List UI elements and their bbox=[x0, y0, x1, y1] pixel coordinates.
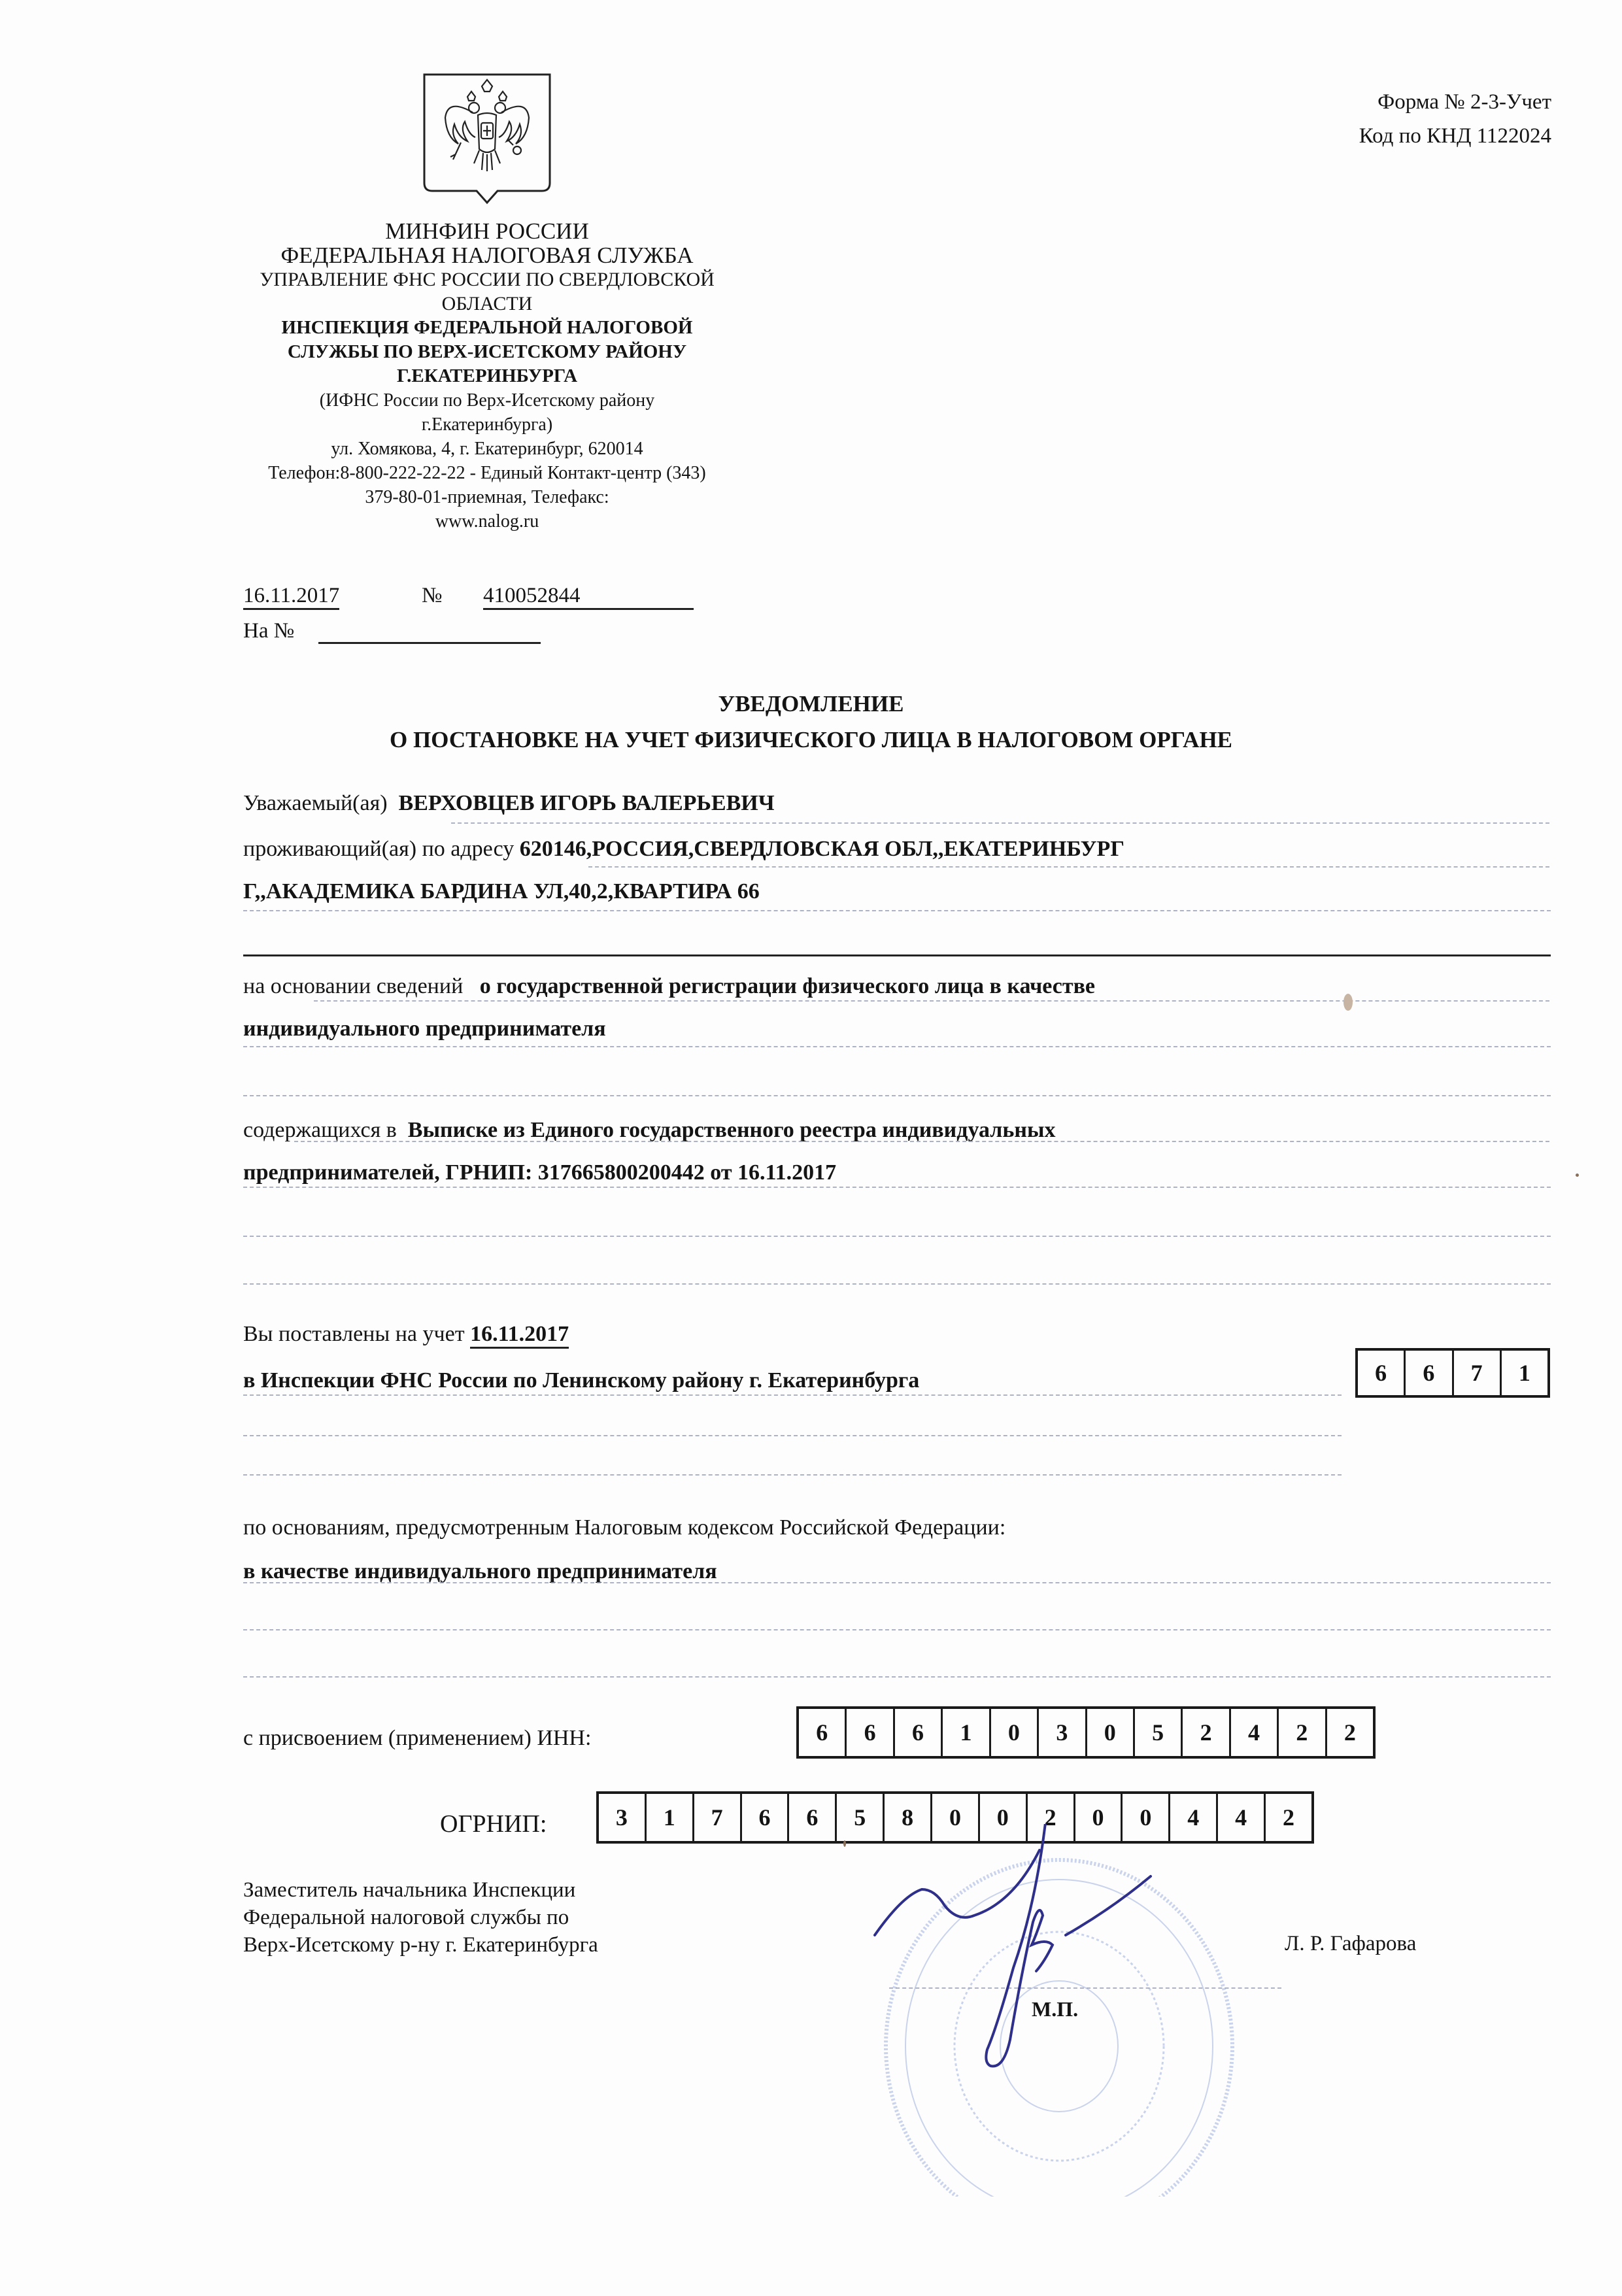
inn-digit: 6 bbox=[847, 1709, 894, 1756]
source-value-line-2: предпринимателей, ГРНИП: 317665800200442… bbox=[243, 1160, 836, 1185]
website: www.nalog.ru bbox=[216, 509, 758, 533]
ogrnip-digit: 6 bbox=[789, 1794, 837, 1841]
inn-row: с присвоением (применением) ИНН: bbox=[243, 1726, 591, 1751]
number-sign: № bbox=[422, 584, 443, 608]
scan-artifact bbox=[843, 1840, 846, 1847]
inn-digit: 0 bbox=[991, 1709, 1039, 1756]
basis-value-line-2: индивидуального предпринимателя bbox=[243, 1017, 606, 1041]
ministry-name: МИНФИН РОССИИ bbox=[216, 219, 758, 243]
inn-digit: 6 bbox=[895, 1709, 943, 1756]
source-label: содержащихся в bbox=[243, 1118, 397, 1142]
inspection-code-digit: 6 bbox=[1406, 1351, 1453, 1395]
inn-digit: 4 bbox=[1231, 1709, 1279, 1756]
on-number-label: На № bbox=[243, 619, 294, 643]
registration-date: 16.11.2017 bbox=[470, 1322, 569, 1349]
divider bbox=[451, 822, 1549, 824]
scan-artifact bbox=[1576, 1173, 1579, 1177]
signatory-position-line-2: Федеральной налоговой службы по bbox=[243, 1904, 598, 1931]
grounds-value-row: в качестве индивидуального предпринимате… bbox=[243, 1559, 717, 1584]
divider bbox=[314, 1000, 1549, 1002]
divider bbox=[243, 1236, 1551, 1237]
phone-line-2: 379-80-01-приемная, Телефакс: bbox=[216, 485, 758, 509]
seal-label: М.П. bbox=[1032, 1997, 1078, 2021]
ogrnip-row: ОГРНИП: bbox=[440, 1810, 547, 1838]
inspection-code-digit: 6 bbox=[1358, 1351, 1406, 1395]
service-name: ФЕДЕРАЛЬНАЯ НАЛОГОВАЯ СЛУЖБА bbox=[216, 243, 758, 267]
registering-inspection: в Инспекции ФНС России по Ленинскому рай… bbox=[243, 1368, 919, 1393]
basis-row-2: индивидуального предпринимателя bbox=[243, 1017, 606, 1041]
inn-cells: 6 6 6 1 0 3 0 5 2 4 2 2 bbox=[796, 1706, 1376, 1759]
coat-of-arms-icon bbox=[422, 72, 552, 212]
signatory-position: Заместитель начальника Инспекции Федерал… bbox=[243, 1876, 598, 1959]
phone-line-1: Телефон:8-800-222-22-22 - Единый Контакт… bbox=[216, 461, 758, 485]
grounds-row: по основаниям, предусмотренным Налоговым… bbox=[243, 1515, 1005, 1540]
inspection-code-digit: 1 bbox=[1502, 1351, 1547, 1395]
scan-artifact bbox=[1343, 994, 1353, 1011]
signature-icon bbox=[850, 1824, 1242, 2118]
document-title: УВЕДОМЛЕНИЕ bbox=[0, 691, 1622, 717]
address-row-2: Г,,АКАДЕМИКА БАРДИНА УЛ,40,2,КВАРТИРА 66 bbox=[243, 879, 760, 904]
inn-digit: 2 bbox=[1327, 1709, 1373, 1756]
inn-digit: 1 bbox=[943, 1709, 990, 1756]
divider bbox=[294, 1141, 1549, 1142]
address-row: проживающий(ая) по адресу 620146,РОССИЯ,… bbox=[243, 837, 1124, 862]
salutation-label: Уважаемый(ая) bbox=[243, 791, 388, 815]
divider bbox=[243, 1435, 1342, 1436]
divider bbox=[243, 1676, 1551, 1678]
agency-address: ул. Хомякова, 4, г. Екатеринбург, 620014 bbox=[216, 437, 758, 461]
inn-label: с присвоением (применением) ИНН: bbox=[243, 1726, 591, 1750]
inspection-code-cells: 6 6 7 1 bbox=[1355, 1348, 1550, 1398]
ogrnip-digit: 7 bbox=[694, 1794, 742, 1841]
inspection-row: в Инспекции ФНС России по Ленинскому рай… bbox=[243, 1368, 919, 1393]
short-name-line-1: (ИФНС России по Верх-Исетскому району bbox=[216, 388, 758, 413]
source-row-2: предпринимателей, ГРНИП: 317665800200442… bbox=[243, 1160, 836, 1185]
form-code-block: Форма № 2-3-Учет Код по КНД 1122024 bbox=[1359, 85, 1551, 153]
divider bbox=[588, 866, 1549, 868]
document-number: 410052844 bbox=[483, 584, 694, 610]
inn-digit: 0 bbox=[1087, 1709, 1135, 1756]
inspection-code-digit: 7 bbox=[1454, 1351, 1502, 1395]
department-line-2: ОБЛАСТИ bbox=[216, 292, 758, 316]
registration-label: Вы поставлены на учет bbox=[243, 1322, 465, 1346]
signatory-position-line-1: Заместитель начальника Инспекции bbox=[243, 1876, 598, 1904]
divider bbox=[243, 1582, 1551, 1583]
grounds-value: в качестве индивидуального предпринимате… bbox=[243, 1559, 717, 1583]
document-subtitle: О ПОСТАНОВКЕ НА УЧЕТ ФИЗИЧЕСКОГО ЛИЦА В … bbox=[196, 727, 1426, 753]
basis-row: на основании сведений о государственной … bbox=[243, 974, 1095, 999]
recipient-name: ВЕРХОВЦЕВ ИГОРЬ ВАЛЕРЬЕВИЧ bbox=[399, 791, 775, 815]
knd-code: Код по КНД 1122024 bbox=[1359, 119, 1551, 153]
inn-digit: 2 bbox=[1183, 1709, 1230, 1756]
divider bbox=[243, 1046, 1551, 1047]
ogrnip-digit: 3 bbox=[599, 1794, 647, 1841]
on-number-field bbox=[318, 642, 541, 644]
address-label: проживающий(ая) по адресу bbox=[243, 837, 514, 861]
form-number: Форма № 2-3-Учет bbox=[1359, 85, 1551, 119]
divider bbox=[243, 1095, 1551, 1096]
short-name-line-2: г.Екатеринбурга) bbox=[216, 413, 758, 437]
basis-label: на основании сведений bbox=[243, 974, 463, 998]
signatory-name: Л. Р. Гафарова bbox=[1285, 1932, 1416, 1956]
ogrnip-digit: 6 bbox=[742, 1794, 790, 1841]
divider bbox=[243, 1283, 1551, 1285]
source-row: содержащихся в Выписке из Единого госуда… bbox=[243, 1118, 1056, 1143]
ogrnip-label: ОГРНИП: bbox=[440, 1810, 547, 1838]
registration-row: Вы поставлены на учет 16.11.2017 bbox=[243, 1322, 569, 1349]
divider bbox=[243, 910, 1551, 911]
inspection-line-1: ИНСПЕКЦИЯ ФЕДЕРАЛЬНОЙ НАЛОГОВОЙ bbox=[216, 316, 758, 340]
divider bbox=[243, 1394, 1342, 1396]
ogrnip-digit: 1 bbox=[647, 1794, 694, 1841]
ogrnip-digit: 2 bbox=[1266, 1794, 1311, 1841]
divider bbox=[243, 1187, 1551, 1188]
signatory-position-line-3: Верх-Исетскому р-ну г. Екатеринбурга bbox=[243, 1931, 598, 1959]
inn-digit: 3 bbox=[1039, 1709, 1087, 1756]
agency-header: МИНФИН РОССИИ ФЕДЕРАЛЬНАЯ НАЛОГОВАЯ СЛУЖ… bbox=[216, 219, 758, 533]
basis-value-line-1: о государственной регистрации физическог… bbox=[480, 974, 1095, 998]
inspection-line-3: Г.ЕКАТЕРИНБУРГА bbox=[216, 364, 758, 388]
inn-digit: 6 bbox=[799, 1709, 847, 1756]
source-value-line-1: Выписке из Единого государственного реес… bbox=[408, 1118, 1056, 1142]
grounds-label: по основаниям, предусмотренным Налоговым… bbox=[243, 1515, 1005, 1540]
divider bbox=[243, 1629, 1551, 1630]
inspection-line-2: СЛУЖБЫ ПО ВЕРХ-ИСЕТСКОМУ РАЙОНУ bbox=[216, 340, 758, 364]
inn-digit: 2 bbox=[1279, 1709, 1326, 1756]
divider-solid bbox=[243, 954, 1551, 956]
divider bbox=[243, 1474, 1342, 1476]
recipient-row: Уважаемый(ая) ВЕРХОВЦЕВ ИГОРЬ ВАЛЕРЬЕВИЧ bbox=[243, 791, 775, 816]
address-line-2: Г,,АКАДЕМИКА БАРДИНА УЛ,40,2,КВАРТИРА 66 bbox=[243, 879, 760, 903]
document-date: 16.11.2017 bbox=[243, 584, 339, 610]
inn-digit: 5 bbox=[1135, 1709, 1183, 1756]
address-line-1: 620146,РОССИЯ,СВЕРДЛОВСКАЯ ОБЛ,,ЕКАТЕРИН… bbox=[520, 837, 1124, 861]
department-line-1: УПРАВЛЕНИЕ ФНС РОССИИ ПО СВЕРДЛОВСКОЙ bbox=[216, 267, 758, 292]
